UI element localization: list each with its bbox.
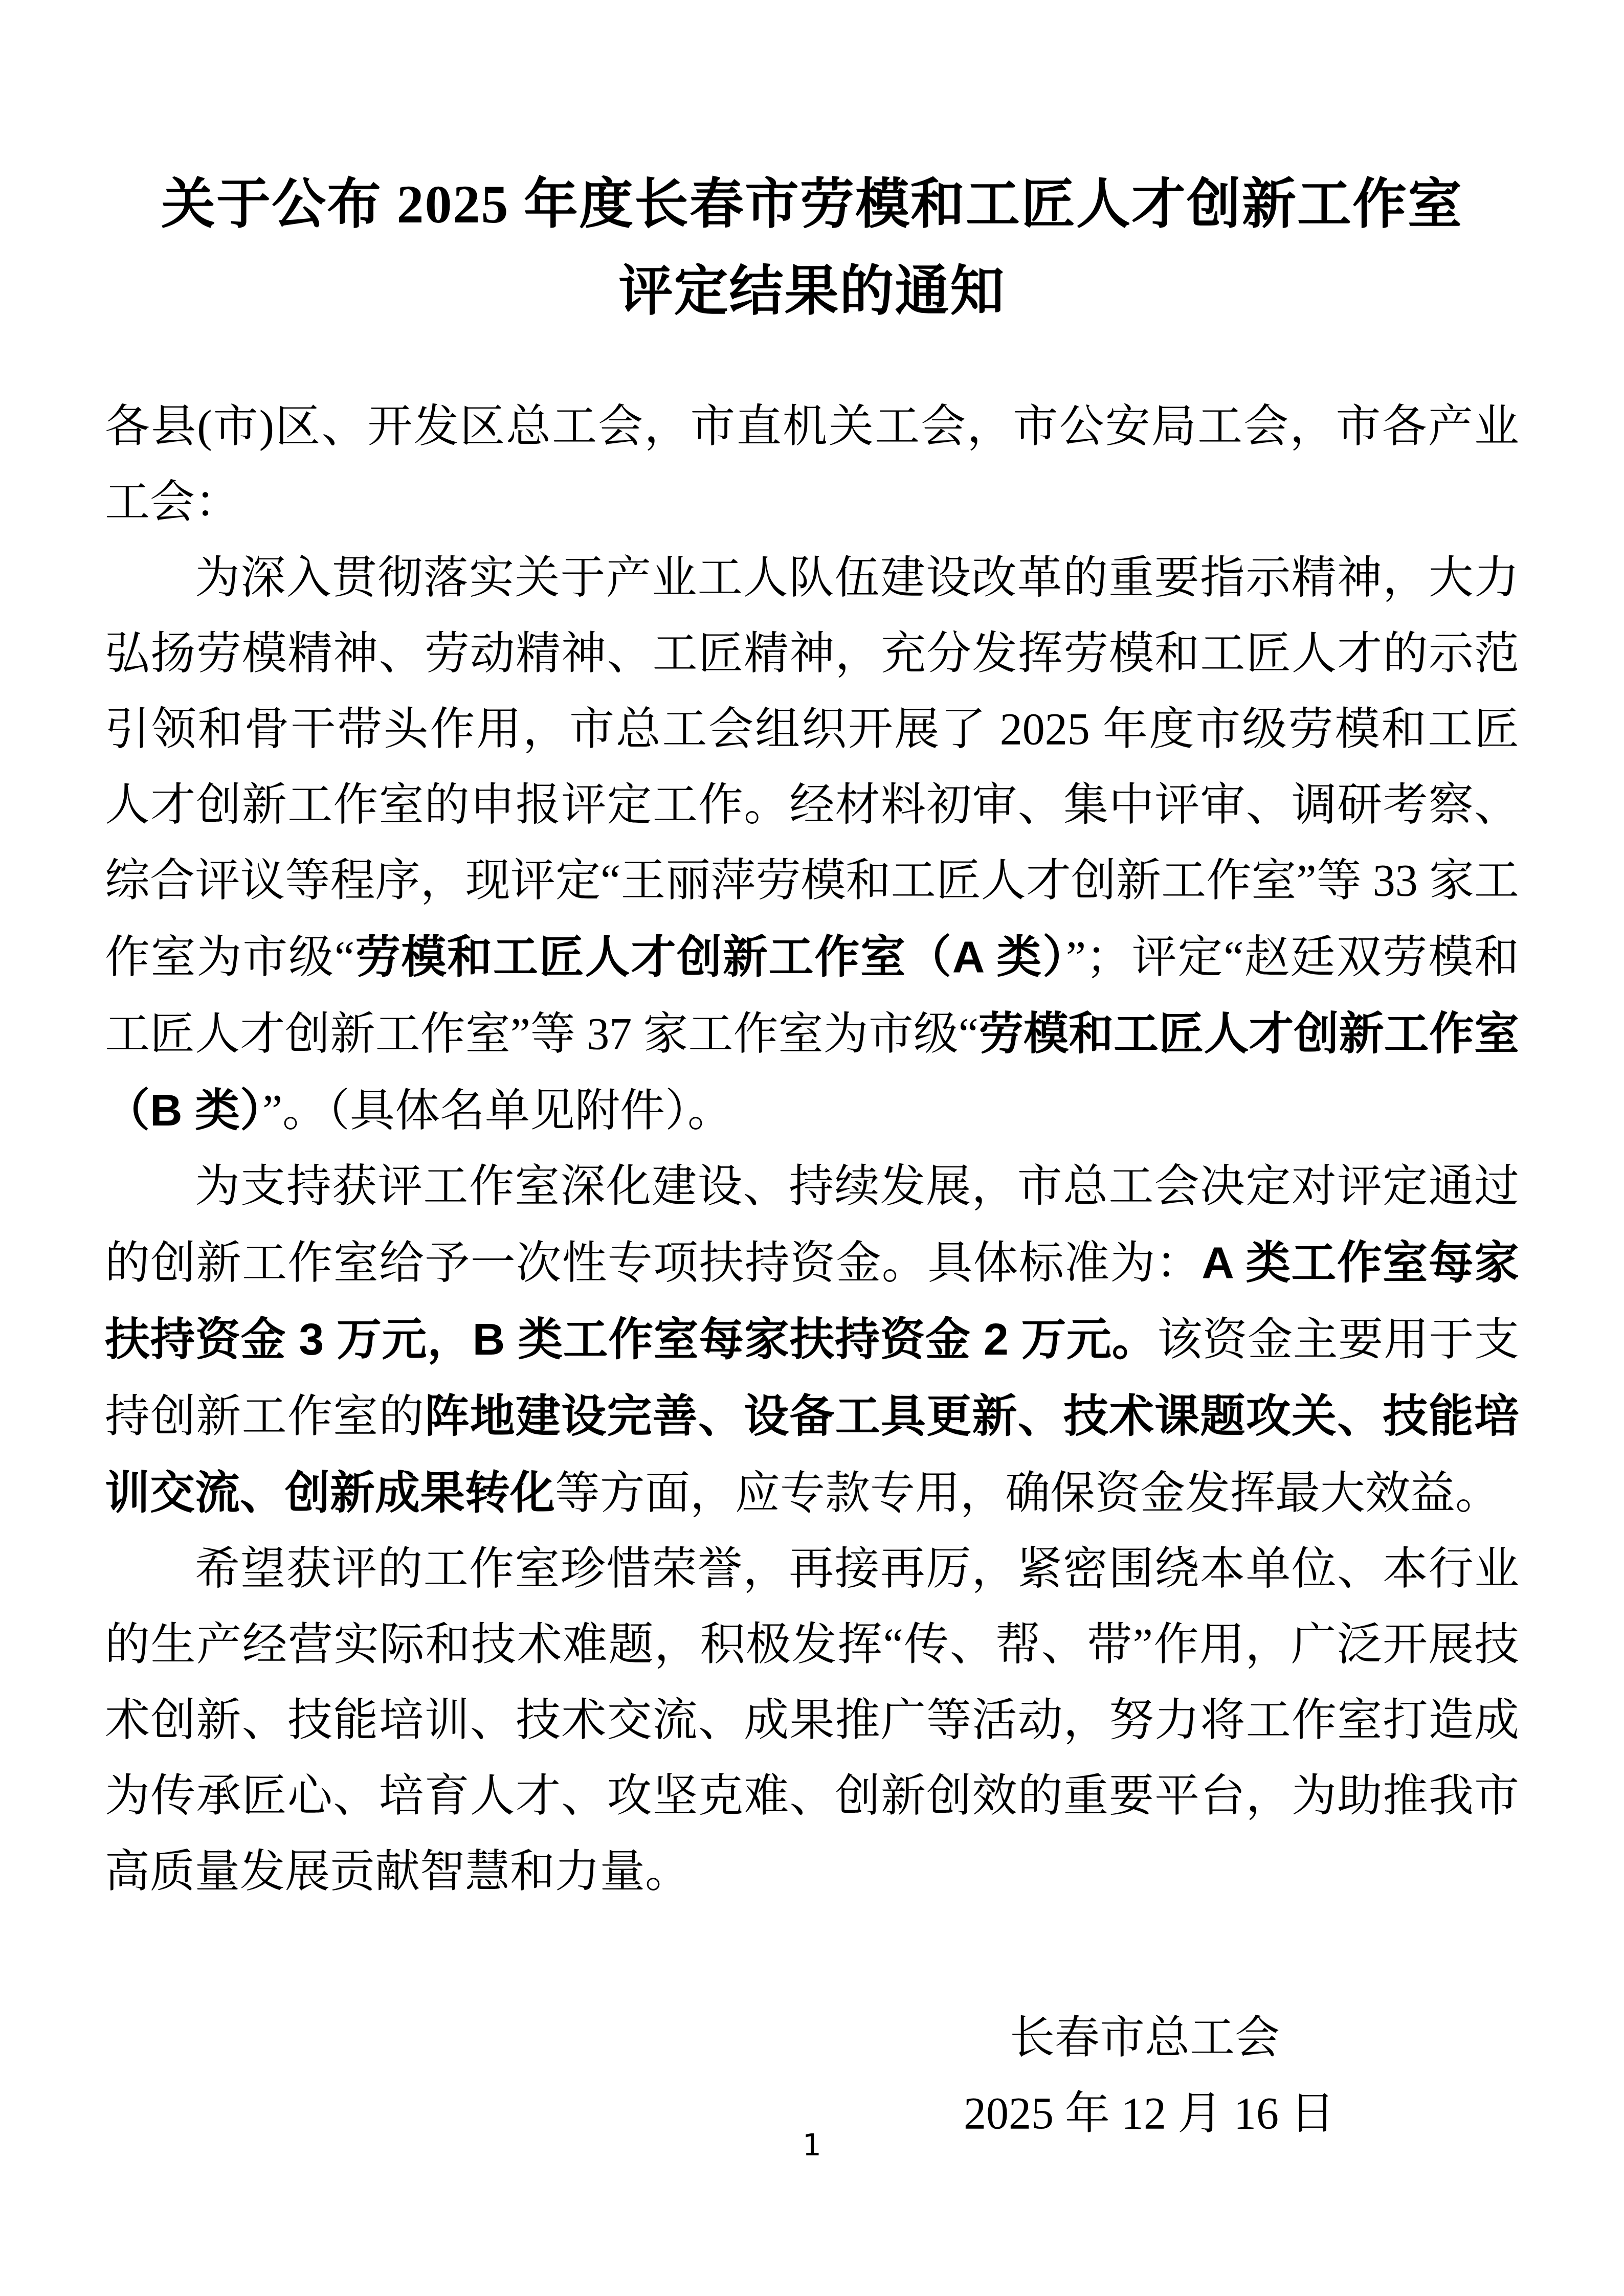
issuing-organization: 长春市总工会 <box>105 2000 1519 2076</box>
title-line-1: 关于公布 2025 年度长春市劳模和工匠人才创新工作室 <box>105 161 1519 248</box>
title-line-2: 评定结果的通知 <box>105 248 1519 335</box>
text-run: 希望获评的工作室珍惜荣誉，再接再厉，紧密围绕本单位、本行业的生产经营实际和技术难… <box>105 1544 1519 1897</box>
document-body: 各县(市)区、开发区总工会，市直机关工会，市公安局工会，市各产业工会： 为深入贯… <box>105 389 1519 1910</box>
text-run: ”。（具体名单见附件）。 <box>262 1086 732 1136</box>
notice-page: 关于公布 2025 年度长春市劳模和工匠人才创新工作室 评定结果的通知 各县(市… <box>0 0 1624 2296</box>
text-run-bold: 劳模和工匠人才创新工作室（A 类） <box>354 931 1066 982</box>
paragraph-2: 为支持获评工作室深化建设、持续发展，市总工会决定对评定通过的创新工作室给予一次性… <box>105 1149 1519 1532</box>
page-content: 关于公布 2025 年度长春市劳模和工匠人才创新工作室 评定结果的通知 各县(市… <box>105 0 1519 2152</box>
paragraph-1: 为深入贯彻落实关于产业工人队伍建设改革的重要指示精神，大力弘扬劳模精神、劳动精神… <box>105 541 1519 1149</box>
salutation: 各县(市)区、开发区总工会，市直机关工会，市公安局工会，市各产业工会： <box>105 389 1519 541</box>
text-run: 等方面，应专款专用，确保资金发挥最大效益。 <box>555 1469 1500 1518</box>
page-number: 1 <box>0 2125 1624 2166</box>
document-title: 关于公布 2025 年度长春市劳模和工匠人才创新工作室 评定结果的通知 <box>105 161 1519 335</box>
paragraph-3: 希望获评的工作室珍惜荣誉，再接再厉，紧密围绕本单位、本行业的生产经营实际和技术难… <box>105 1532 1519 1910</box>
text-run: 为深入贯彻落实关于产业工人队伍建设改革的重要指示精神，大力弘扬劳模精神、劳动精神… <box>105 553 1519 982</box>
